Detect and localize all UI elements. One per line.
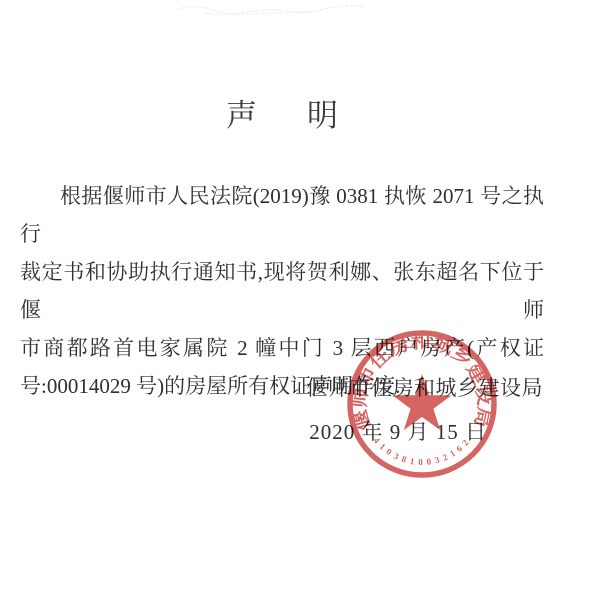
document-title: 声明 [226, 90, 388, 135]
scan-artifact [175, 3, 365, 17]
official-seal: 偃师市住房和城乡建设局 4103810032162 [327, 309, 517, 499]
seal-serial-number: 4103810032162 [371, 435, 471, 467]
star-icon [393, 374, 452, 430]
document-page: 声明 根据偃师市人民法院(2019)豫 0381 执恢 2071 号之执行 裁定… [0, 0, 600, 590]
body-line-1: 根据偃师市人民法院(2019)豫 0381 执恢 2071 号之执行 [20, 177, 544, 253]
